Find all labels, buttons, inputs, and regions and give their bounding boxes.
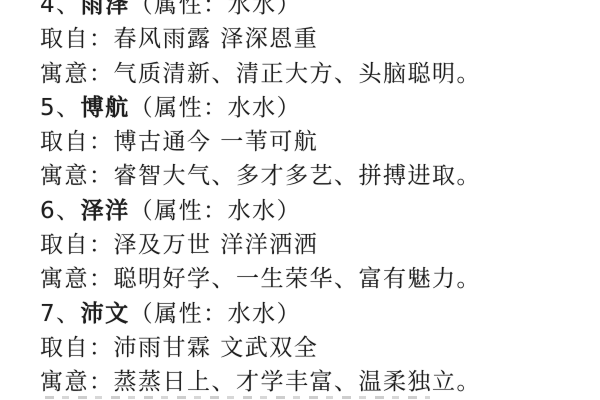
next-entry-top-sliver — [45, 396, 430, 399]
entry-name: 泽洋 — [81, 198, 130, 224]
name-entry-6: 6、泽洋（属性：水水） 取自：泽及万世 洋洋洒洒 寓意：聪明好学、一生荣华、富有… — [40, 194, 580, 297]
name-entry-7: 7、沛文（属性：水水） 取自：沛雨甘霖 文武双全 寓意：蒸蒸日上、才学丰富、温柔… — [40, 297, 580, 400]
entry-number: 6、 — [40, 198, 81, 224]
meaning-text: 睿智大气、多才多艺、拼搏进取。 — [114, 163, 482, 189]
entry-source-line: 取自：泽及万世 洋洋洒洒 — [40, 228, 580, 262]
name-list-document: 4、雨泽（属性：水水） 取自：春风雨露 泽深恩重 寓意：气质清新、清正大方、头脑… — [40, 0, 580, 400]
entry-name: 沛文 — [81, 301, 130, 327]
meaning-label: 寓意： — [40, 266, 114, 292]
entry-number: 5、 — [40, 95, 81, 121]
entry-meaning-line: 寓意：蒸蒸日上、才学丰富、温柔独立。 — [40, 365, 580, 399]
entry-attribute: （属性：水水） — [130, 0, 302, 18]
source-label: 取自： — [40, 232, 114, 258]
entry-name: 雨泽 — [81, 0, 130, 18]
entry-source-line: 取自：沛雨甘霖 文武双全 — [40, 331, 580, 365]
entry-header: 5、博航（属性：水水） — [40, 91, 580, 125]
entry-number: 7、 — [40, 301, 81, 327]
source-label: 取自： — [40, 335, 114, 361]
entry-name: 博航 — [81, 95, 130, 121]
meaning-text: 蒸蒸日上、才学丰富、温柔独立。 — [114, 369, 482, 395]
source-label: 取自： — [40, 129, 114, 155]
meaning-label: 寓意： — [40, 163, 114, 189]
meaning-label: 寓意： — [40, 61, 114, 87]
entry-attribute: （属性：水水） — [130, 95, 302, 121]
meaning-text: 气质清新、清正大方、头脑聪明。 — [114, 61, 482, 87]
source-text: 泽及万世 洋洋洒洒 — [114, 232, 319, 258]
entry-source-line: 取自：博古通今 一苇可航 — [40, 125, 580, 159]
meaning-label: 寓意： — [40, 369, 114, 395]
entry-header: 6、泽洋（属性：水水） — [40, 194, 580, 228]
name-entry-4: 4、雨泽（属性：水水） 取自：春风雨露 泽深恩重 寓意：气质清新、清正大方、头脑… — [40, 0, 580, 91]
entry-attribute: （属性：水水） — [130, 301, 302, 327]
source-text: 春风雨露 泽深恩重 — [114, 26, 319, 52]
source-label: 取自： — [40, 26, 114, 52]
entry-meaning-line: 寓意：睿智大气、多才多艺、拼搏进取。 — [40, 159, 580, 193]
entry-number: 4、 — [40, 0, 81, 18]
entry-attribute: （属性：水水） — [130, 198, 302, 224]
name-entry-5: 5、博航（属性：水水） 取自：博古通今 一苇可航 寓意：睿智大气、多才多艺、拼搏… — [40, 91, 580, 194]
document-page: { "page": { "background": "#ffffff", "te… — [0, 0, 600, 400]
entry-header: 7、沛文（属性：水水） — [40, 297, 580, 331]
source-text: 博古通今 一苇可航 — [114, 129, 319, 155]
meaning-text: 聪明好学、一生荣华、富有魅力。 — [114, 266, 482, 292]
entry-meaning-line: 寓意：气质清新、清正大方、头脑聪明。 — [40, 57, 580, 91]
entry-source-line: 取自：春风雨露 泽深恩重 — [40, 22, 580, 56]
source-text: 沛雨甘霖 文武双全 — [114, 335, 319, 361]
entry-header: 4、雨泽（属性：水水） — [40, 0, 580, 22]
entry-meaning-line: 寓意：聪明好学、一生荣华、富有魅力。 — [40, 262, 580, 296]
